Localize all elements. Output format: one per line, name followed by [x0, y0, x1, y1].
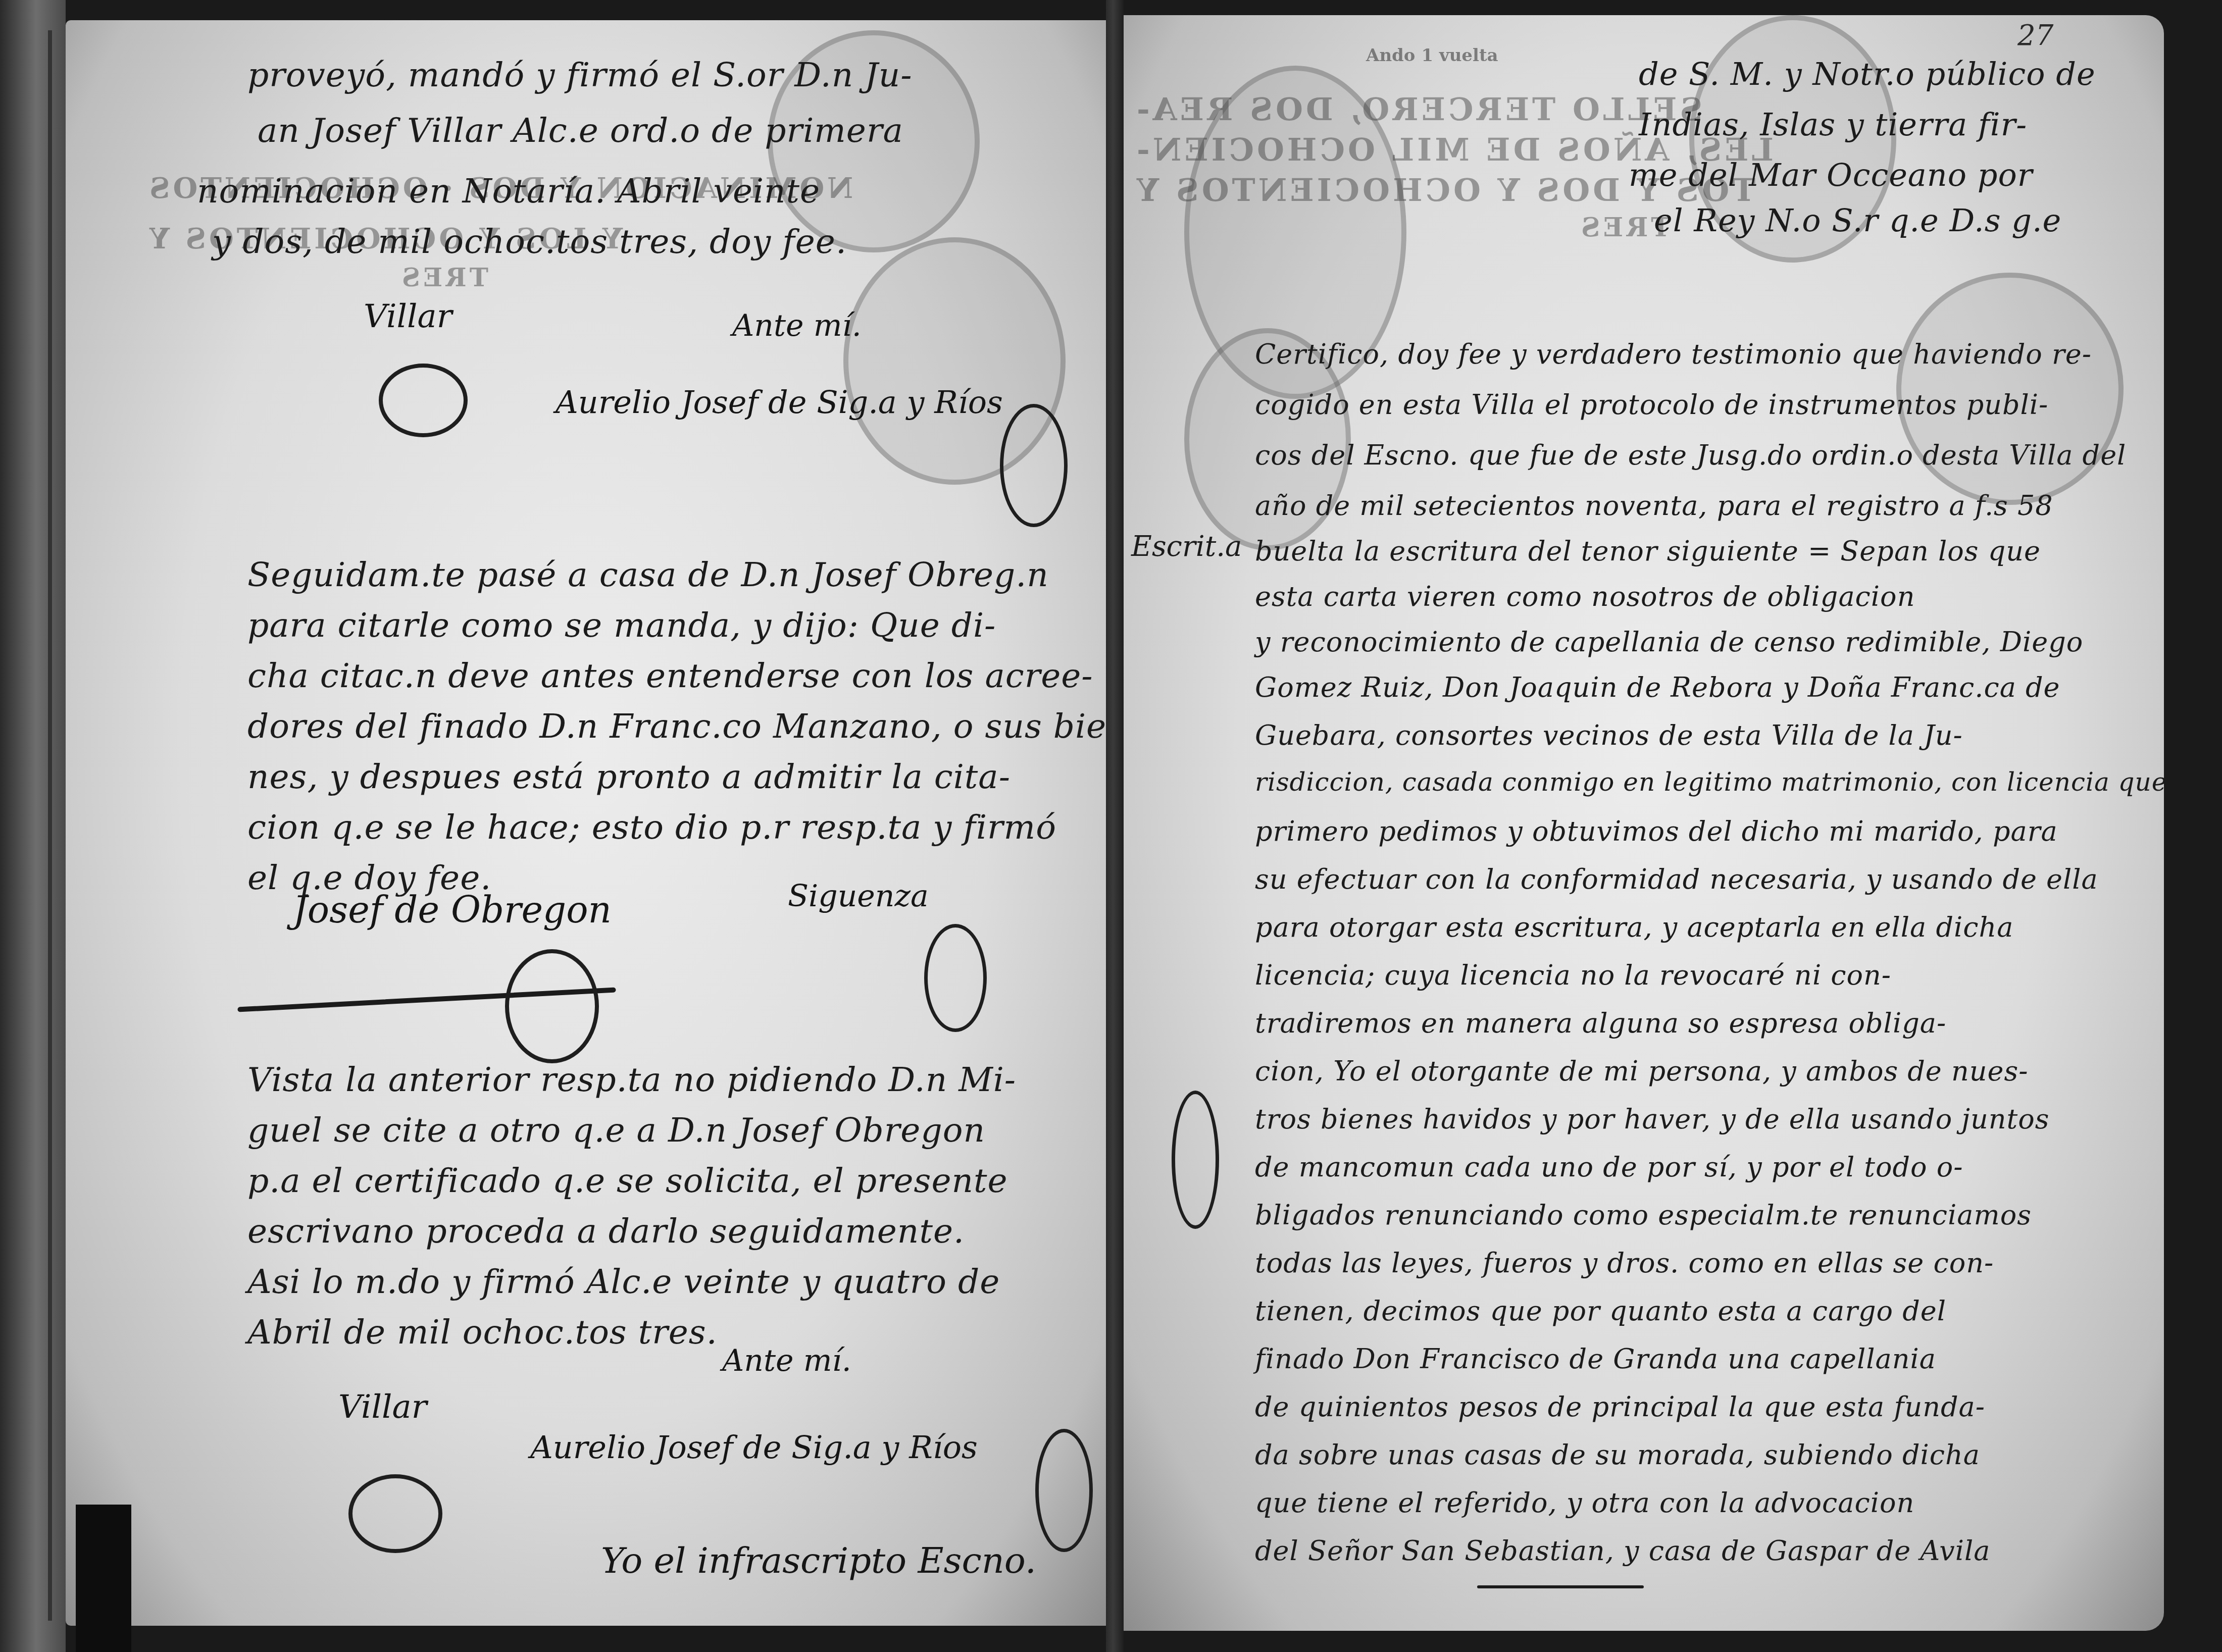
text-line: cogido en esta Villa el protocolo de ins… [1255, 389, 2048, 421]
text-line: Guebara, consortes vecinos de esta Villa… [1255, 719, 1963, 751]
text-line: primero pedimos y obtuvimos del dicho mi… [1255, 815, 2058, 847]
header-line: de S. M. y Notr.o público de [1639, 56, 2096, 92]
text-line: da sobre unas casas de su morada, subien… [1255, 1439, 1980, 1471]
signature-villar: Villar [338, 1388, 427, 1426]
margin-note: Escrit.a [1131, 530, 1242, 563]
text-line: Asi lo m.do y firmó Alc.e veinte y quatr… [247, 1262, 1000, 1301]
text-line: de mancomun cada uno de por sí, y por el… [1255, 1151, 1963, 1183]
closing-line: Yo el infrascripto Escno. [601, 1540, 1036, 1581]
text-line: cha citac.n deve antes entenderse con lo… [247, 656, 1093, 695]
text-line: licencia; cuya licencia no la revocaré n… [1255, 959, 1891, 991]
scan-artifact [76, 1505, 131, 1652]
text-line: risdiccion, casada conmigo en legitimo m… [1255, 767, 2164, 797]
header-line: el Rey N.o S.r q.e D.s g.e [1654, 202, 2061, 239]
closing-flourish [1477, 1585, 1644, 1588]
text-line: an Josef Villar Alc.e ord.o de primera [258, 111, 903, 150]
ante-mi-label: Ante mí. [732, 308, 862, 343]
text-line: de quinientos pesos de principal la que … [1255, 1391, 1985, 1423]
text-line: cion, Yo el otorgante de mi persona, y a… [1255, 1055, 2028, 1087]
text-line: nes, y despues está pronto a admitir la … [247, 757, 1011, 796]
rubric-flourish [924, 924, 987, 1032]
text-line: para citarle como se manda, y dijo: Que … [247, 606, 996, 645]
text-line: su efectuar con la conformidad necesaria… [1255, 863, 2098, 895]
text-line: esta carta vieren como nosotros de oblig… [1255, 581, 1915, 612]
text-line: y reconocimiento de capellania de censo … [1255, 626, 2083, 658]
text-line: Vista la anterior resp.ta no pidiendo D.… [247, 1060, 1016, 1099]
signature-villar: Villar [364, 298, 452, 335]
text-line: proveyó, mandó y firmó el S.or D.n Ju- [247, 56, 912, 94]
header-line: Indias, Islas y tierra fir- [1639, 106, 2027, 143]
manuscript-spread: NOMINACION Y DOS · OCHOCIENTOS Y LOS Y O… [0, 0, 2222, 1652]
text-line: tienen, decimos que por quanto esta a ca… [1255, 1295, 1946, 1327]
rubric-flourish [1172, 1091, 1219, 1229]
text-line: Certifico, doy fee y verdadero testimoni… [1255, 338, 2092, 370]
signature-aurelio: Aurelio Josef de Sig.a y Ríos [530, 1429, 978, 1466]
text-line: Seguidam.te pasé a casa de D.n Josef Obr… [247, 555, 1049, 594]
text-line: año de mil setecientos noventa, para el … [1255, 490, 2053, 522]
text-line: todas las leyes, fueros y dros. como en … [1255, 1247, 1994, 1279]
text-line: tradiremos en manera alguna so espresa o… [1255, 1007, 1946, 1039]
text-line: cos del Escno. que fue de este Jusg.do o… [1255, 439, 2126, 471]
stamp-label: Ando 1 vuelta [1366, 45, 1498, 66]
signature-obregon: Josef de Obregon [293, 889, 612, 931]
folio-number: 27 [2017, 19, 2053, 52]
text-line: del Señor San Sebastian, y casa de Gaspa… [1255, 1535, 1990, 1567]
signature-aurelio: Aurelio Josef de Sig.a y Ríos [555, 384, 1003, 421]
text-line: Gomez Ruiz, Don Joaquin de Rebora y Doña… [1255, 672, 2060, 703]
text-line: para otorgar esta escritura, y aceptarla… [1255, 911, 2014, 943]
text-line: tros bienes havidos y por haver, y de el… [1255, 1103, 2050, 1135]
text-line: Abril de mil ochoc.tos tres. [247, 1313, 718, 1352]
text-line: finado Don Francisco de Granda una capel… [1255, 1343, 1936, 1375]
signature-siguenza: Siguenza [788, 879, 929, 914]
text-line: p.a el certificado q.e se solicita, el p… [247, 1161, 1008, 1200]
header-line: me del Mar Occeano por [1629, 157, 2033, 193]
rubric-flourish [1000, 404, 1068, 527]
book-gutter [1106, 0, 1124, 1652]
ante-mi-label: Ante mí. [722, 1343, 851, 1378]
text-line: nominacion en Notaría. Abril veinte [197, 172, 820, 211]
rubric-flourish [348, 1474, 442, 1553]
right-page: Ando 1 vuelta SELLO TERCERO, DOS REA- LE… [1124, 15, 2164, 1631]
book-edge-left [0, 0, 66, 1652]
stamp-bleed-text: SELLO TERCERO, DOS REA- [1134, 91, 1702, 128]
text-line: buelta la escritura del tenor siguiente … [1255, 535, 2041, 567]
text-line: y dos, de mil ochoc.tos tres, doy fee. [212, 222, 847, 261]
rubric-flourish [505, 949, 599, 1063]
rubric-flourish [1035, 1429, 1093, 1552]
text-line: que tiene el referido, y otra con la adv… [1255, 1487, 1914, 1519]
rubric-flourish [379, 364, 468, 437]
text-line: bligados renunciando como especialm.te r… [1255, 1199, 2032, 1231]
text-line: dores del finado D.n Franc.co Manzano, o… [247, 707, 1106, 746]
binding-strip [48, 30, 52, 1621]
text-line: cion q.e se le hace; esto dio p.r resp.t… [247, 808, 1056, 847]
stamp-bleed-text: TRES [399, 263, 488, 292]
left-page: NOMINACION Y DOS · OCHOCIENTOS Y LOS Y O… [66, 20, 1106, 1626]
text-line: escrivano proceda a darlo seguidamente. [247, 1212, 965, 1251]
text-line: guel se cite a otro q.e a D.n Josef Obre… [247, 1111, 985, 1150]
